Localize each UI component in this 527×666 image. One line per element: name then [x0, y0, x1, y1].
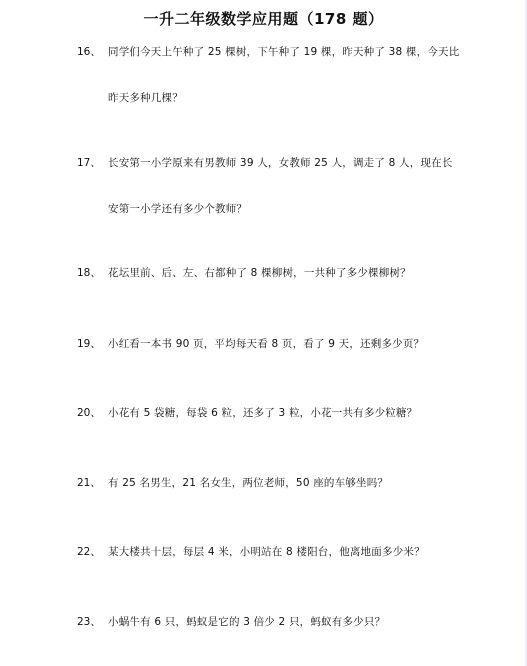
question-text-line-1: 小红看一本书 90 页，平均每天看 8 页，看了 9 天，还剩多少页？ [108, 336, 424, 351]
question-number: 23、 [77, 614, 101, 629]
question-text-line-1: 同学们今天上午种了 25 棵树，下午种了 19 棵，昨天种了 38 棵，今天比 [108, 44, 459, 59]
question-text-line-1: 花坛里前、后、左、右都种了 8 棵柳树，一共种了多少棵柳树？ [108, 265, 411, 280]
question-text-line-1: 小花有 5 袋糖，每袋 6 粒，还多了 3 粒，小花一共有多少粒糖？ [108, 405, 417, 420]
question-number: 21、 [77, 475, 101, 490]
question-number: 22、 [77, 544, 101, 559]
question-text-line-1: 小蜗牛有 6 只，蚂蚁是它的 3 倍少 2 只，蚂蚁有多少只？ [108, 614, 385, 629]
question-text-line-1: 长安第一小学原来有男教师 39 人，女教师 25 人，调走了 8 人，现在长 [108, 155, 453, 170]
question-number: 16、 [77, 44, 101, 59]
question-text-line-1: 某大楼共十层，每层 4 米，小明站在 8 楼阳台，他离地面多少米？ [108, 544, 425, 559]
question-number: 20、 [77, 405, 101, 420]
question-text-line-2: 安第一小学还有多少个教师？ [108, 201, 247, 216]
document-page: 一升二年级数学应用题（178 题） 16、 同学们今天上午种了 25 棵树，下午… [0, 0, 527, 666]
question-text-line-2: 昨天多种几棵？ [108, 90, 183, 105]
page-title: 一升二年级数学应用题（178 题） [0, 8, 527, 29]
question-number: 17、 [77, 155, 101, 170]
question-number: 19、 [77, 336, 101, 351]
question-number: 18、 [77, 265, 101, 280]
question-text-line-1: 有 25 名男生，21 名女生，两位老师，50 座的车够坐吗？ [108, 475, 388, 490]
